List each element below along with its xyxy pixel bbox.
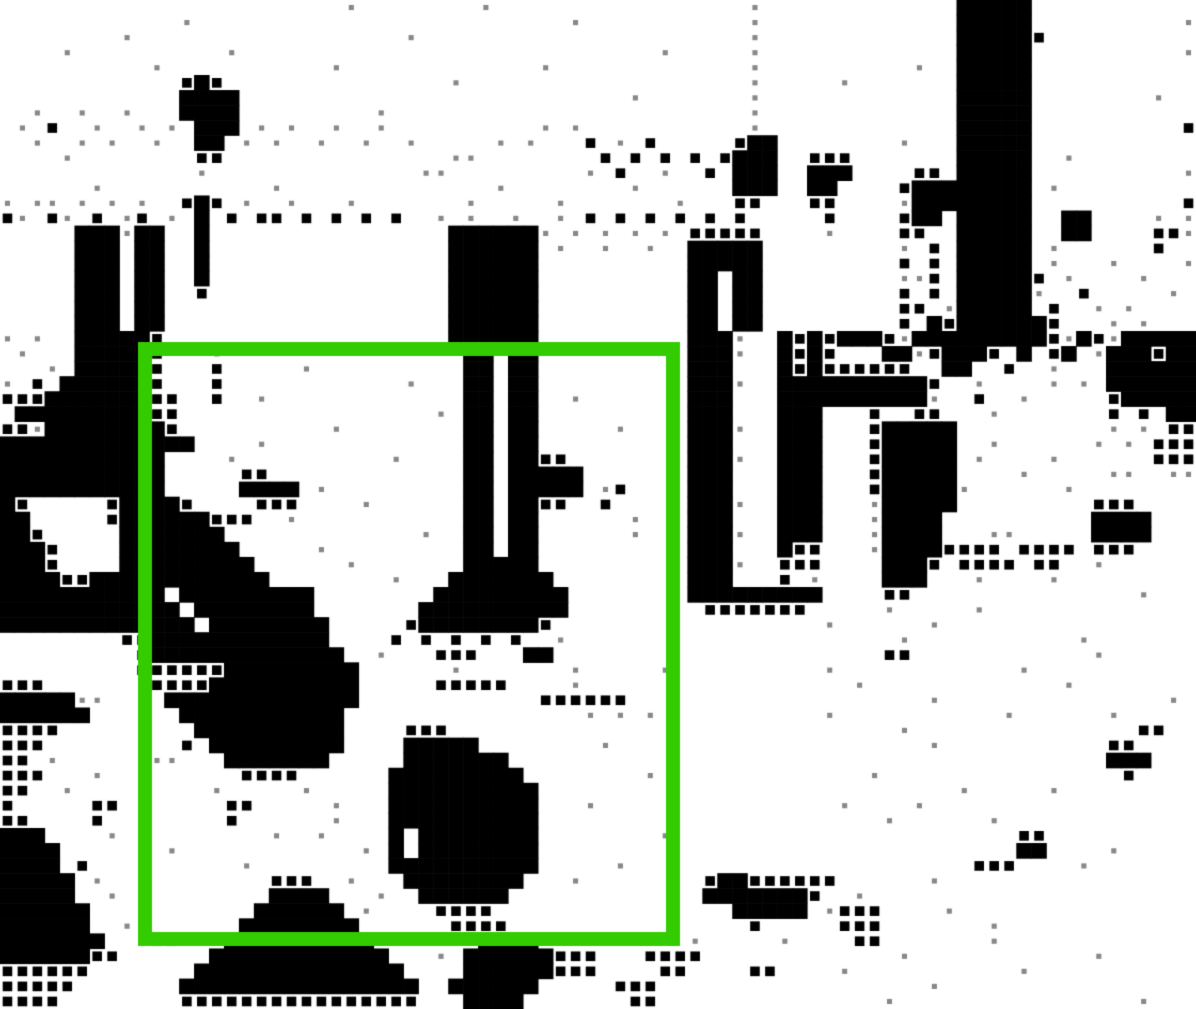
binarized-photo-view (0, 0, 1196, 1009)
binarized-photo-canvas (0, 0, 1196, 1009)
